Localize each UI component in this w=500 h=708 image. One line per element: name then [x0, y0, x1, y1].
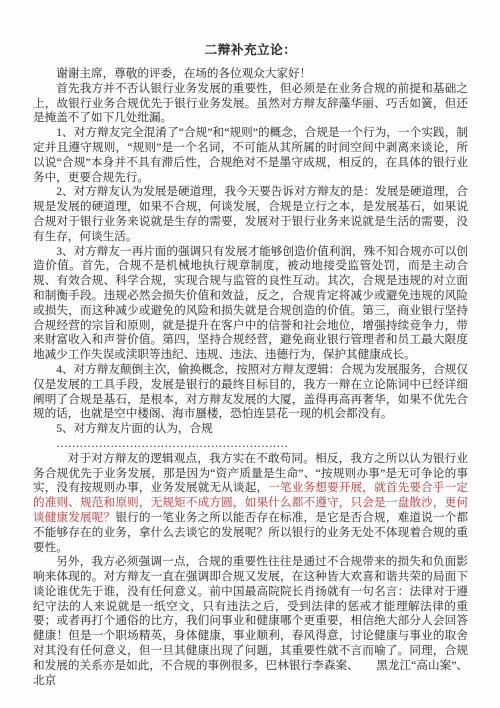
- document-page: 二辩补充立论： 谢谢主席，尊敬的评委，在场的各位观众大家好！首先我方并不否认银行…: [0, 0, 500, 708]
- dotted-line: ……………………………………………………: [56, 437, 468, 452]
- text-run: 5、对方辩友片面的认为，合规: [56, 422, 213, 435]
- text-run: 3、对方辩友一再片面的强调只有发展才能够创造价值利润，殊不知合规亦可以创造价值。…: [33, 245, 468, 362]
- paragraph: 2、对方辩友认为发展是硬道理，我今天要告诉对方辩友的是：发展是硬道理，合规是发展…: [33, 185, 468, 244]
- text-run: 首先我方并不否认银行业务发展的重要性，但必须是在业务合规的前提和基础之上，故银行…: [33, 82, 468, 125]
- paragraph: 5、对方辩友片面的认为，合规: [33, 422, 468, 437]
- text-run: 另外，我方必须强调一点，合规的重要性往往是通过不合规带来的损失和负面影响来体现的…: [33, 555, 468, 686]
- paragraph: 谢谢主席，尊敬的评委，在场的各位观众大家好！: [33, 67, 468, 82]
- paragraph: 3、对方辩友一再片面的强调只有发展才能够创造价值利润，殊不知合规亦可以创造价值。…: [33, 245, 468, 363]
- text-run: 谢谢主席，尊敬的评委，在场的各位观众大家好！: [56, 67, 311, 80]
- text-run: 4、对方辩友颠倒主次，偷换概念，按照对方辩友逻辑：合规为发展服务，合规仅仅是发展…: [33, 363, 468, 420]
- text-run: 1、对方辩友完全混淆了“合规”和“规则”的概念，合规是一个行为，一个实践，制定并…: [33, 126, 468, 183]
- paragraph: 4、对方辩友颠倒主次，偷换概念，按照对方辩友逻辑：合规为发展服务，合规仅仅是发展…: [33, 363, 468, 422]
- document-title: 二辩补充立论：: [33, 43, 468, 58]
- paragraph: 1、对方辩友完全混淆了“合规”和“规则”的概念，合规是一个行为，一个实践，制定并…: [33, 126, 468, 185]
- text-run: 2、对方辩友认为发展是硬道理，我今天要告诉对方辩友的是：发展是硬道理，合规是发展…: [33, 185, 468, 242]
- paragraph: 首先我方并不否认银行业务发展的重要性，但必须是在业务合规的前提和基础之上，故银行…: [33, 82, 468, 126]
- document-body: 谢谢主席，尊敬的评委，在场的各位观众大家好！首先我方并不否认银行业务发展的重要性…: [33, 67, 468, 688]
- paragraph: 另外，我方必须强调一点，合规的重要性往往是通过不合规带来的损失和负面影响来体现的…: [33, 555, 468, 688]
- paragraph: 对于对方辩友的逻辑观点，我方实在不敢苟同。相反，我方之所以认为银行业务合规优先于…: [33, 452, 468, 556]
